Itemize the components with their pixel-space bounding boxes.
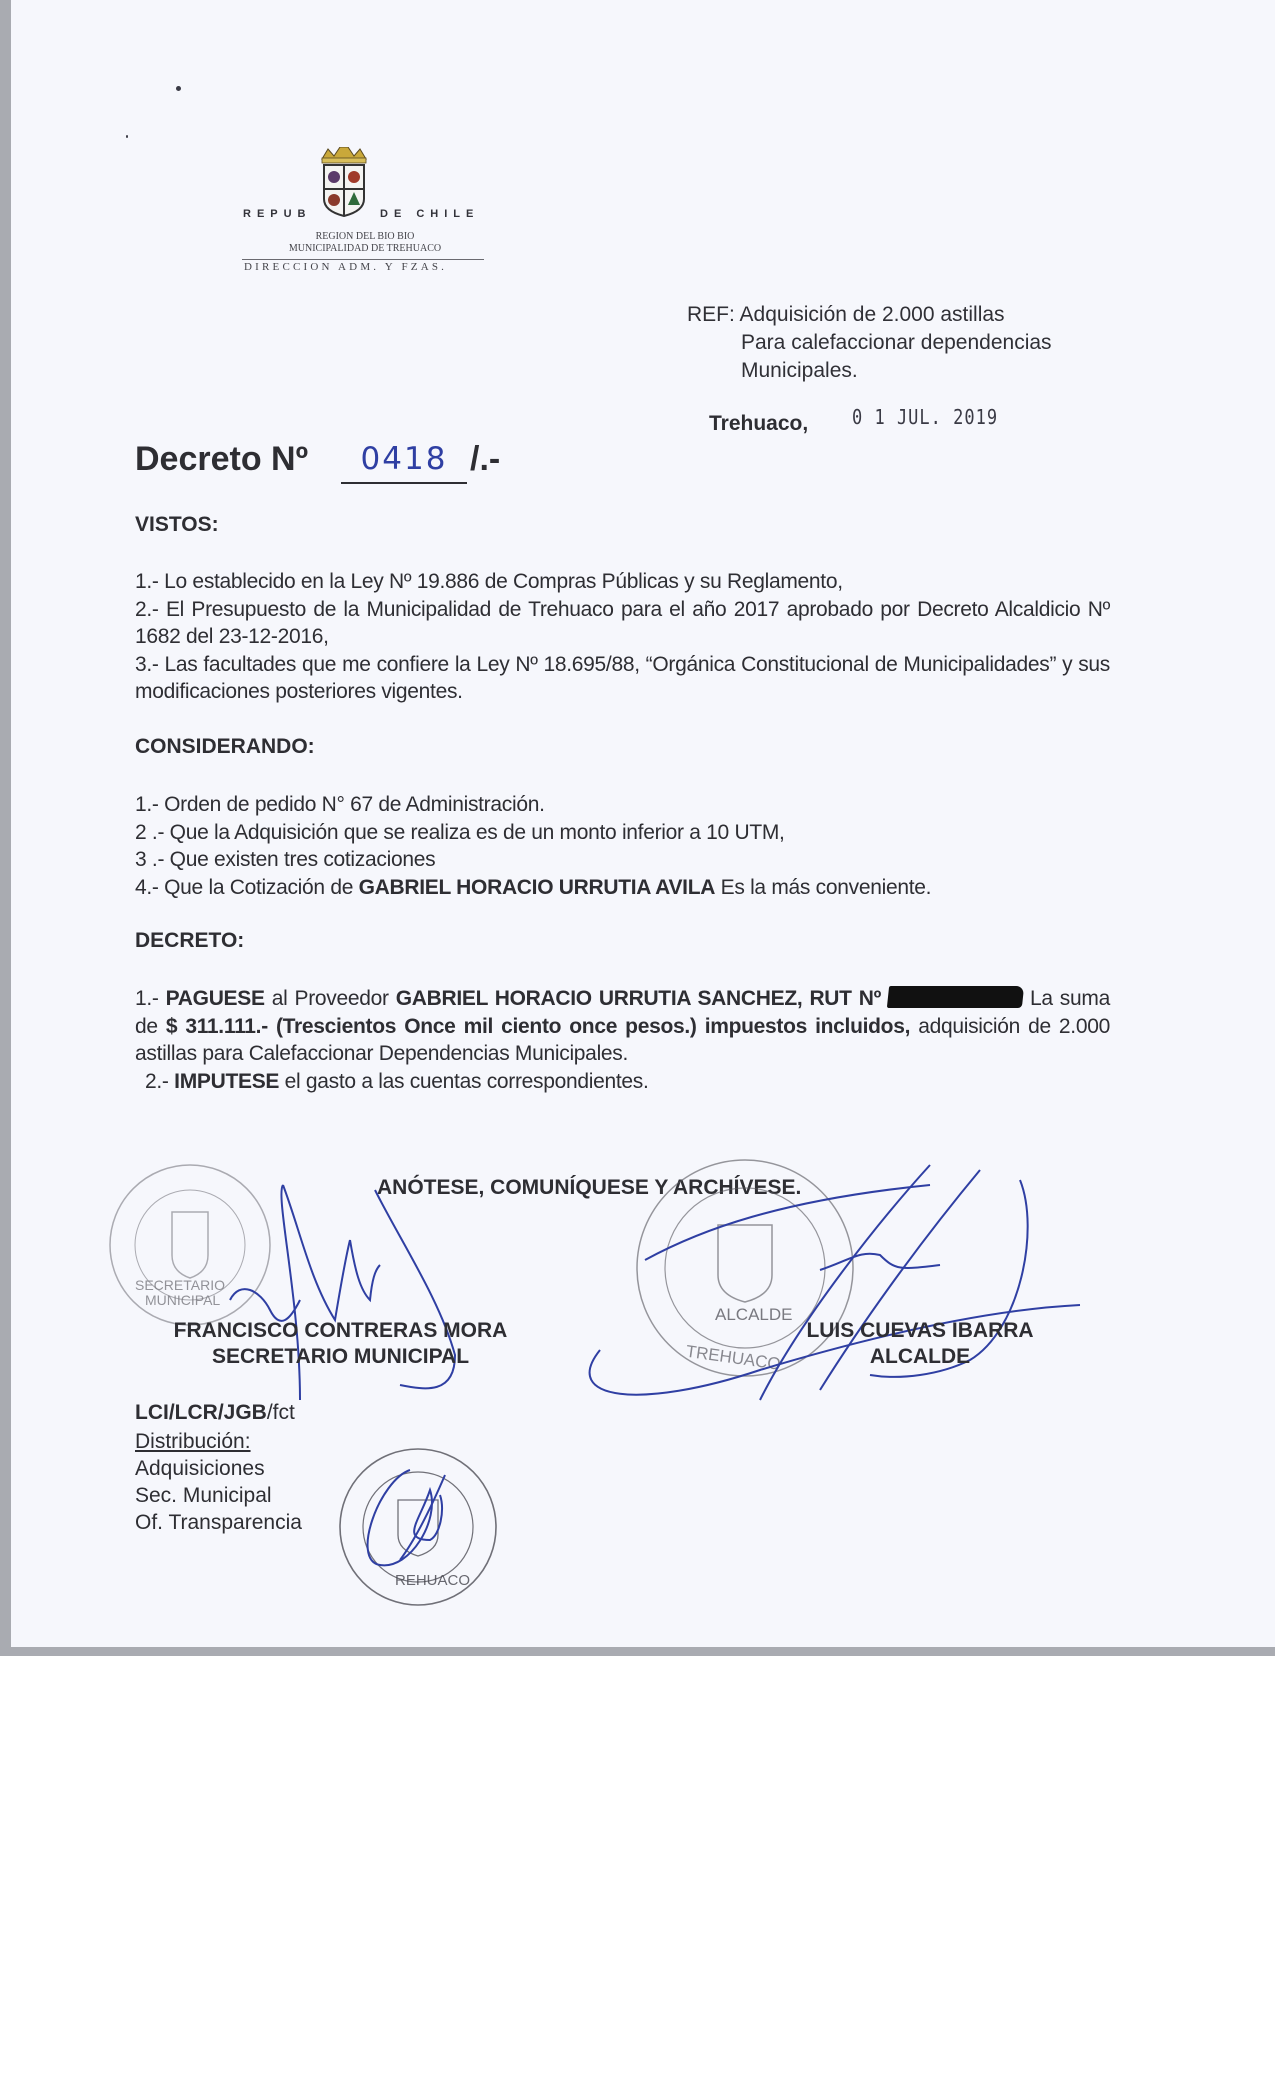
signatory-secretary: FRANCISCO CONTRERAS MORA SECRETARIO MUNI… xyxy=(143,1318,538,1370)
decreto-item: 1.- PAGUESE al Proveedor GABRIEL HORACIO… xyxy=(135,985,1110,1068)
provider-name: GABRIEL HORACIO URRUTIA AVILA xyxy=(359,876,715,899)
signatory-title: SECRETARIO MUNICIPAL xyxy=(143,1344,538,1370)
reference-line-2: Para calefaccionar dependencias xyxy=(687,329,1052,357)
letterhead-country-right: DE CHILE xyxy=(380,208,479,220)
item-number: 2.- xyxy=(145,1070,174,1093)
item-text: el gasto a las cuentas correspondientes. xyxy=(279,1070,648,1093)
signatory-title: ALCALDE xyxy=(770,1344,1070,1370)
vistos-item: 1.- Lo establecido en la Ley Nº 19.886 d… xyxy=(135,568,1110,596)
reference-line-1: Adquisición de 2.000 astillas xyxy=(740,303,1005,326)
distribution-list: Distribución: Adquisiciones Sec. Municip… xyxy=(135,1428,302,1536)
vistos-heading: VISTOS: xyxy=(135,513,219,537)
signatory-name: FRANCISCO CONTRERAS MORA xyxy=(143,1318,538,1344)
closing-formula: ANÓTESE, COMUNÍQUESE Y ARCHÍVESE. xyxy=(377,1176,801,1200)
item-verb: PAGUESE xyxy=(166,987,265,1010)
provider-name: GABRIEL HORACIO URRUTIA SANCHEZ, RUT Nº xyxy=(396,987,881,1010)
decreto-list: 1.- PAGUESE al Proveedor GABRIEL HORACIO… xyxy=(135,985,1110,1095)
letterhead-region: REGION DEL BIO BIO xyxy=(240,231,490,242)
taxes-note: impuestos incluidos, xyxy=(705,1015,910,1038)
considerando-item: 2 .- Que la Adquisición que se realiza e… xyxy=(135,819,1110,847)
redacted-rut xyxy=(887,986,1024,1008)
considerando-item: 3 .- Que existen tres cotizaciones xyxy=(135,846,1110,874)
distribution-item: Of. Transparencia xyxy=(135,1509,302,1536)
initials-rest: /fct xyxy=(267,1401,295,1424)
considerando-heading: CONSIDERANDO: xyxy=(135,735,315,759)
item-text: al Proveedor xyxy=(265,987,396,1010)
scan-speck xyxy=(126,135,128,138)
reference-label: REF: xyxy=(687,303,735,326)
initials-bold: LCI/LCR/JGB xyxy=(135,1401,267,1424)
distribution-item: Sec. Municipal xyxy=(135,1482,302,1509)
letterhead-department: DIRECCION ADM. Y FZAS. xyxy=(244,261,447,273)
distribution-item: Adquisiciones xyxy=(135,1455,302,1482)
decree-title: Decreto Nº xyxy=(135,440,308,479)
reference-block: REF: Adquisición de 2.000 astillas Para … xyxy=(687,301,1052,385)
distribution-label: Distribución: xyxy=(135,1428,302,1455)
letterhead-divider xyxy=(242,259,484,260)
coat-of-arms-icon xyxy=(318,147,370,217)
considerando-item: 4.- Que la Cotización de GABRIEL HORACIO… xyxy=(135,874,1110,902)
considerando-list: 1.- Orden de pedido N° 67 de Administrac… xyxy=(135,791,1110,901)
vistos-item: 2.- El Presupuesto de la Municipalidad d… xyxy=(135,596,1110,651)
signatory-mayor: LUIS CUEVAS IBARRA ALCALDE xyxy=(770,1318,1070,1370)
letterhead-municipality: MUNICIPALIDAD DE TREHUACO xyxy=(240,243,490,254)
vistos-item: 3.- Las facultades que me confiere la Le… xyxy=(135,651,1110,706)
scan-speck xyxy=(176,86,181,91)
amount: $ 311.111.- (Trescientos Once mil ciento… xyxy=(166,1015,697,1038)
item-text: Es la más conveniente. xyxy=(715,876,931,899)
place: Trehuaco, xyxy=(709,412,808,436)
decree-suffix: /.- xyxy=(470,440,500,479)
item-number: 1.- xyxy=(135,987,166,1010)
date-stamp: 0 1 JUL. 2019 xyxy=(852,406,998,430)
decree-number-underline xyxy=(341,482,467,484)
item-verb: IMPUTESE xyxy=(174,1070,279,1093)
vistos-list: 1.- Lo establecido en la Ley Nº 19.886 d… xyxy=(135,568,1110,706)
reference-line-3: Municipales. xyxy=(687,357,1052,385)
initials: LCI/LCR/JGB/fct xyxy=(135,1401,295,1425)
item-text: 4.- Que la Cotización de xyxy=(135,876,359,899)
decree-number: 0418 xyxy=(340,441,468,477)
considerando-item: 1.- Orden de pedido N° 67 de Administrac… xyxy=(135,791,1110,819)
decreto-heading: DECRETO: xyxy=(135,929,244,953)
letterhead-country-left: REPUB xyxy=(243,208,312,220)
signatory-name: LUIS CUEVAS IBARRA xyxy=(770,1318,1070,1344)
decreto-item: 2.- IMPUTESE el gasto a las cuentas corr… xyxy=(135,1068,1110,1096)
